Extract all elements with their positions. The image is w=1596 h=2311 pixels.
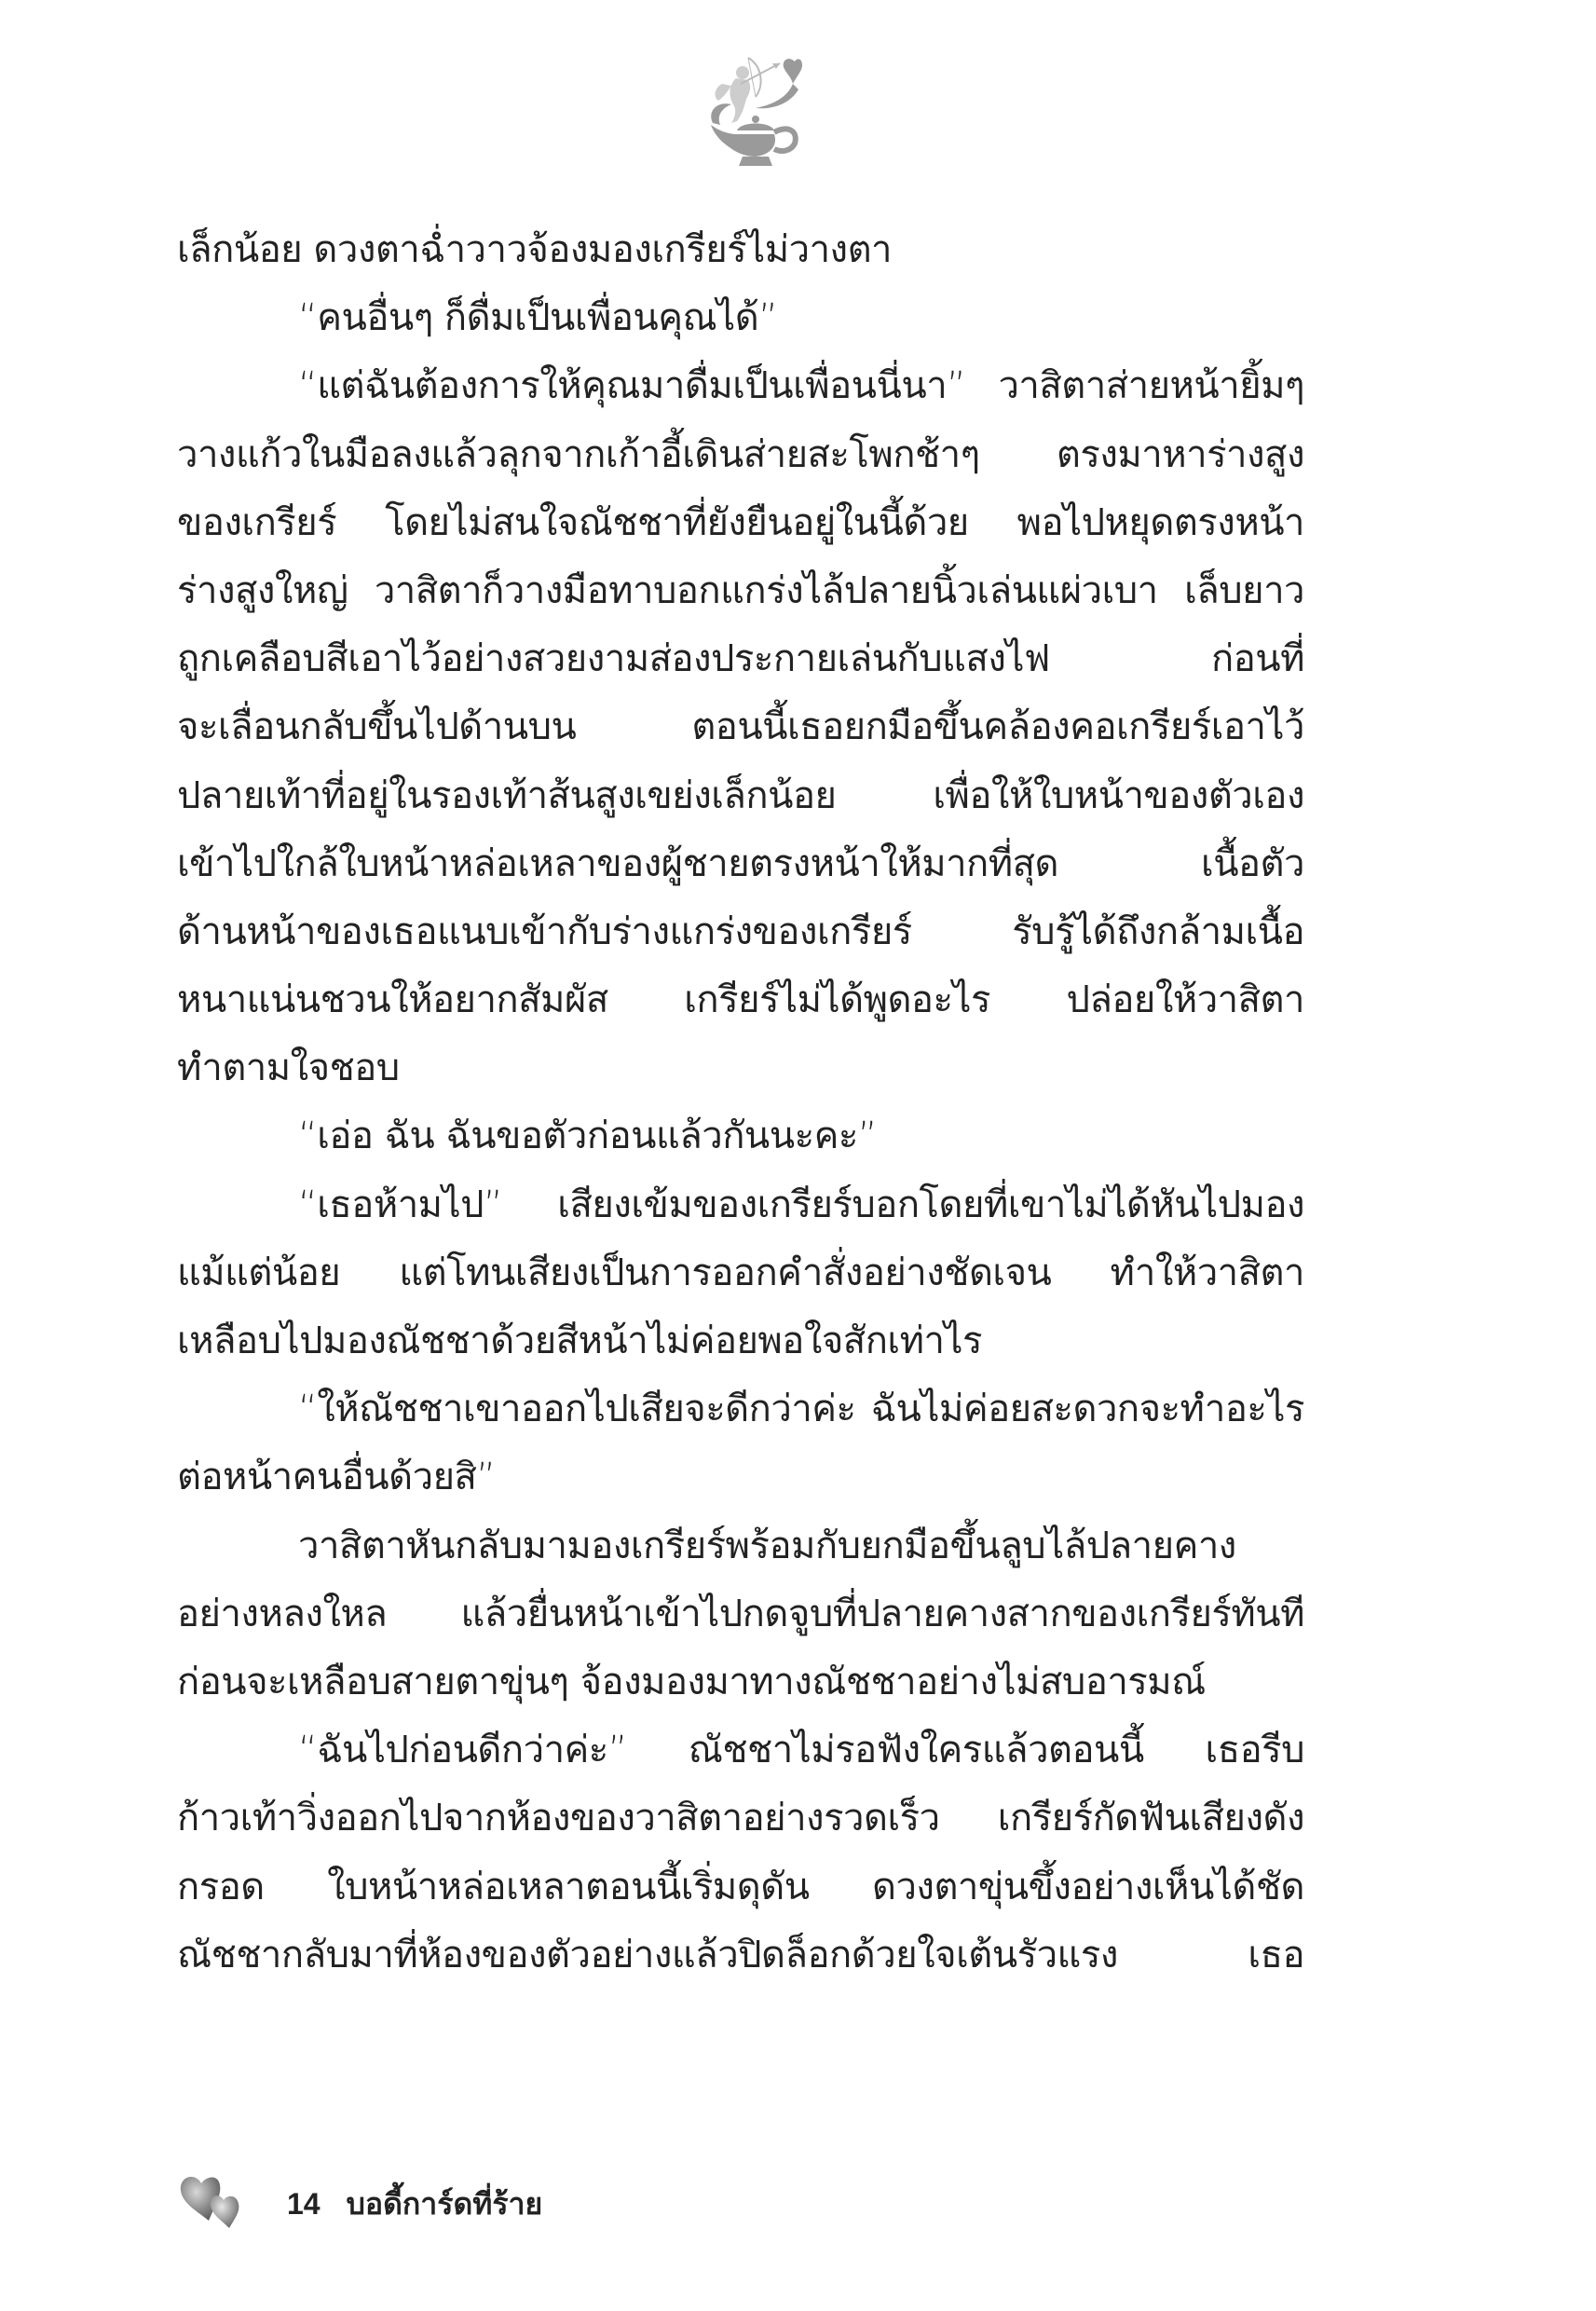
- text-line: ปลายเท้าที่อยู่ในรองเท้าส้นสูงเขย่งเล็กน…: [177, 762, 1304, 830]
- text-line: เล็กน้อย ดวงตาฉ่ำวาวจ้องมองเกรียร์ไม่วาง…: [177, 216, 1304, 284]
- text-line: ก่อนจะเหลือบสายตาขุ่นๆ จ้องมองมาทางณัชชา…: [177, 1648, 1304, 1716]
- double-hearts-icon: [177, 2172, 252, 2236]
- text-line: ก้าวเท้าวิ่งออกไปจากห้องของวาสิตาอย่างรว…: [177, 1785, 1304, 1853]
- cupid-magic-lamp-icon: [694, 56, 815, 172]
- page-footer: 14 บอดี้การ์ดที่ร้าย: [177, 2167, 542, 2241]
- text-line: “เธอห้ามไป” เสียงเข้มของเกรียร์บอกโดยที่…: [177, 1171, 1304, 1239]
- text-line: ต่อหน้าคนอื่นด้วยสิ”: [177, 1443, 1304, 1511]
- text-line: เหลือบไปมองณัชชาด้วยสีหน้าไม่ค่อยพอใจสัก…: [177, 1307, 1304, 1375]
- book-title: บอดี้การ์ดที่ร้าย: [347, 2181, 543, 2228]
- text-line: หนาแน่นชวนให้อยากสัมผัส เกรียร์ไม่ได้พูด…: [177, 966, 1304, 1034]
- page-number: 14: [287, 2187, 321, 2222]
- text-line: วางแก้วในมือลงแล้วลุกจากเก้าอี้เดินส่ายส…: [177, 421, 1304, 489]
- text-line: “ให้ณัชชาเขาออกไปเสียจะดีกว่าค่ะ ฉันไม่ค…: [177, 1375, 1304, 1443]
- text-line: ร่างสูงใหญ่ วาสิตาก็วางมือทาบอกแกร่งไล้ป…: [177, 557, 1304, 625]
- text-line: ทำตามใจชอบ: [177, 1034, 1304, 1102]
- text-line: ถูกเคลือบสีเอาไว้อย่างสวยงามส่องประกายเล…: [177, 625, 1304, 693]
- text-line: “คนอื่นๆ ก็ดื่มเป็นเพื่อนคุณได้”: [177, 284, 1304, 352]
- text-line: แม้แต่น้อย แต่โทนเสียงเป็นการออกคำสั่งอย…: [177, 1239, 1304, 1307]
- page-body: เล็กน้อย ดวงตาฉ่ำวาวจ้องมองเกรียร์ไม่วาง…: [177, 216, 1304, 1990]
- text-line: “ฉันไปก่อนดีกว่าค่ะ” ณัชชาไม่รอฟังใครแล้…: [177, 1716, 1304, 1785]
- text-line: อย่างหลงใหล แล้วยื่นหน้าเข้าไปกดจูบที่ปล…: [177, 1580, 1304, 1648]
- text-line: “เอ่อ ฉัน ฉันขอตัวก่อนแล้วกันนะคะ”: [177, 1102, 1304, 1170]
- text-line: ด้านหน้าของเธอแนบเข้ากับร่างแกร่งของเกรี…: [177, 898, 1304, 966]
- text-line: จะเลื่อนกลับขึ้นไปด้านบน ตอนนี้เธอยกมือข…: [177, 693, 1304, 761]
- text-line: กรอด ใบหน้าหล่อเหลาตอนนี้เริ่มดุดัน ดวงต…: [177, 1853, 1304, 1921]
- text-line: ณัชชากลับมาที่ห้องของตัวอย่างแล้วปิดล็อก…: [177, 1921, 1304, 1990]
- text-line: เข้าไปใกล้ใบหน้าหล่อเหลาของผู้ชายตรงหน้า…: [177, 830, 1304, 898]
- text-line: ของเกรียร์ โดยไม่สนใจณัชชาที่ยังยืนอยู่ใ…: [177, 489, 1304, 557]
- text-line: วาสิตาหันกลับมามองเกรียร์พร้อมกับยกมือขึ…: [177, 1512, 1304, 1580]
- text-line: “แต่ฉันต้องการให้คุณมาดื่มเป็นเพื่อนนี่น…: [177, 352, 1304, 420]
